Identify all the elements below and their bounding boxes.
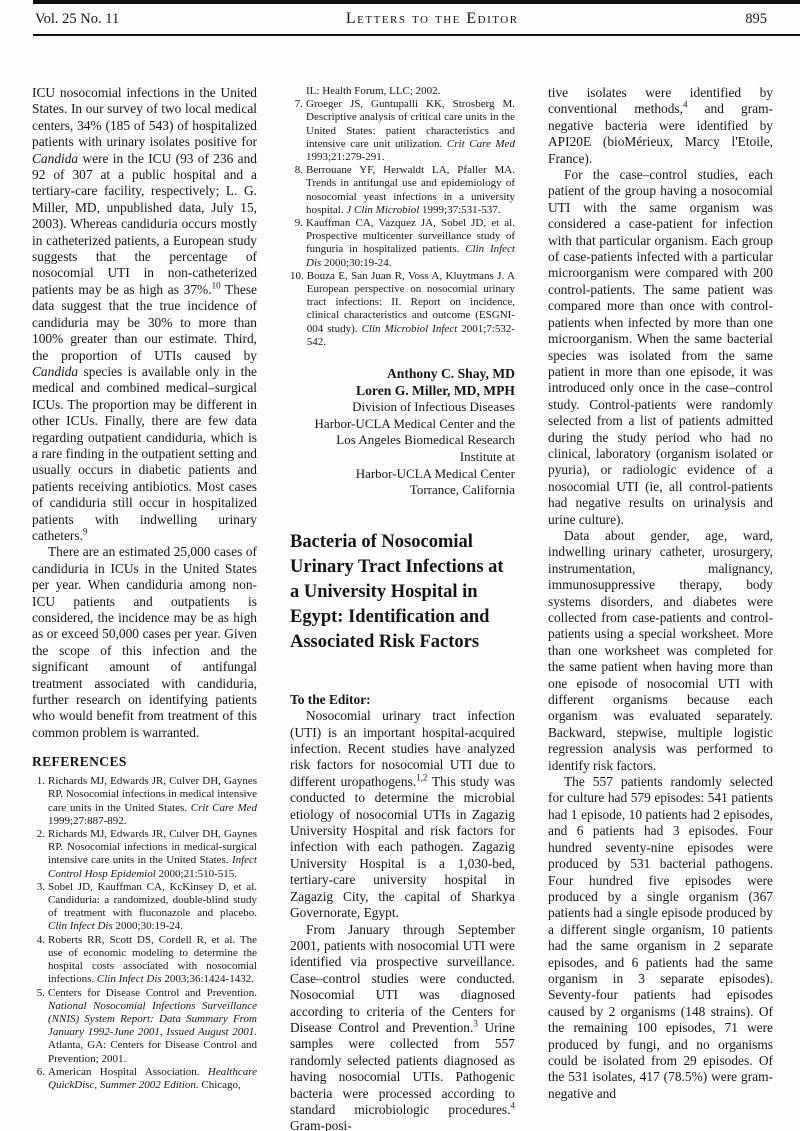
letter-body: Nosocomial urinary tract infection (UTI)…: [290, 708, 515, 1131]
reference-text: Richards MJ, Edwards JR, Culver DH, Gayn…: [48, 775, 257, 828]
paragraph: Nosocomial urinary tract infection (UTI)…: [290, 708, 515, 921]
reference-item: 9.Kauffman CA, Vazquez JA, Sobel JD, et …: [290, 217, 515, 270]
reference-item: 6.American Hospital Association. Healthc…: [32, 1066, 257, 1092]
references-list: 1.Richards MJ, Edwards JR, Culver DH, Ga…: [32, 775, 257, 1092]
header-row: Vol. 25 No. 11 Letters to the Editor 895: [35, 4, 767, 34]
running-head: Letters to the Editor: [119, 10, 745, 28]
paragraph: Data about gender, age, ward, indwelling…: [548, 528, 773, 774]
reference-number: 8.: [290, 164, 306, 217]
reference-item: 3.Sobel JD, Kauffman CA, KcKinsey D, et …: [32, 881, 257, 934]
references-heading: REFERENCES: [32, 754, 257, 770]
author-name: Anthony C. Shay, MD: [290, 366, 515, 383]
column-1: ICU nosocomial infections in the United …: [32, 85, 257, 1131]
reference-number: 2.: [32, 828, 48, 881]
reference-item: 4.Roberts RR, Scott DS, Cordell R, et al…: [32, 934, 257, 987]
reference-item: 5.Centers for Disease Control and Preven…: [32, 987, 257, 1066]
reference-item: 7.Groeger JS, Guntupalli KK, Strosberg M…: [290, 98, 515, 164]
letter-body-continued: tive isolates were identified by convent…: [548, 85, 773, 1102]
author-block: Anthony C. Shay, MDLoren G. Miller, MD, …: [290, 366, 515, 499]
reference-text: Bouza E, San Juan R, Voss A, Kluytmans J…: [307, 270, 515, 349]
author-affiliation-line: Harbor-UCLA Medical Center: [290, 466, 515, 483]
column-2: IL: Health Forum, LLC; 2002. 7.Groeger J…: [290, 85, 515, 1131]
author-affiliation-line: Harbor-UCLA Medical Center and the: [290, 416, 515, 433]
letter-title: Bacteria of Nosocomial Urinary Tract Inf…: [290, 530, 515, 655]
journal-page: Vol. 25 No. 11 Letters to the Editor 895…: [0, 0, 800, 1131]
column-3: tive isolates were identified by convent…: [548, 85, 773, 1131]
reference-number: 4.: [32, 934, 48, 987]
reference-item: 10.Bouza E, San Juan R, Voss A, Kluytman…: [290, 270, 515, 349]
reference-text: American Hospital Association. Healthcar…: [48, 1066, 257, 1092]
letter-body-continued: ICU nosocomial infections in the United …: [32, 85, 257, 741]
reference-text: Groeger JS, Guntupalli KK, Strosberg M. …: [306, 98, 515, 164]
paragraph: tive isolates were identified by convent…: [548, 85, 773, 167]
paragraph: There are an estimated 25,000 cases of c…: [32, 544, 257, 741]
paragraph: From January through September 2001, pat…: [290, 922, 515, 1131]
reference-item: 2.Richards MJ, Edwards JR, Culver DH, Ga…: [32, 828, 257, 881]
reference-number: 1.: [32, 775, 48, 828]
author-name: Loren G. Miller, MD, MPH: [290, 383, 515, 400]
reference-item: 8.Berrouane YF, Herwaldt LA, Pfaller MA.…: [290, 164, 515, 217]
reference-text: Centers for Disease Control and Preventi…: [48, 987, 257, 1066]
header-bottom-rule: [33, 34, 800, 36]
reference-text: Kauffman CA, Vazquez JA, Sobel JD, et al…: [306, 217, 515, 270]
reference-number: 6.: [32, 1066, 48, 1092]
reference-number: 7.: [290, 98, 306, 164]
reference-text: Sobel JD, Kauffman CA, KcKinsey D, et al…: [48, 881, 257, 934]
reference-number: 9.: [290, 217, 306, 270]
article-columns: ICU nosocomial infections in the United …: [32, 85, 773, 1131]
volume-issue: Vol. 25 No. 11: [35, 11, 119, 28]
paragraph: The 557 patients randomly selected for c…: [548, 774, 773, 1102]
reference-text: Roberts RR, Scott DS, Cordell R, et al. …: [48, 934, 257, 987]
page-header: Vol. 25 No. 11 Letters to the Editor 895: [0, 0, 800, 36]
reference-number: 5.: [32, 987, 48, 1066]
author-affiliation-line: Division of Infectious Diseases: [290, 399, 515, 416]
salutation: To the Editor:: [290, 692, 515, 708]
reference-continuation: IL: Health Forum, LLC; 2002.: [290, 85, 515, 98]
references-list: 7.Groeger JS, Guntupalli KK, Strosberg M…: [290, 98, 515, 349]
paragraph: For the case–control studies, each patie…: [548, 167, 773, 528]
author-affiliation-line: Institute at: [290, 449, 515, 466]
reference-text: Berrouane YF, Herwaldt LA, Pfaller MA. T…: [306, 164, 515, 217]
reference-item: 1.Richards MJ, Edwards JR, Culver DH, Ga…: [32, 775, 257, 828]
page-number: 895: [745, 11, 767, 28]
author-affiliation-line: Los Angeles Biomedical Research: [290, 432, 515, 449]
author-affiliation-line: Torrance, California: [290, 482, 515, 499]
reference-number: 3.: [32, 881, 48, 934]
reference-text: Richards MJ, Edwards JR, Culver DH, Gayn…: [48, 828, 257, 881]
paragraph: ICU nosocomial infections in the United …: [32, 85, 257, 544]
reference-number: 10.: [290, 270, 307, 349]
